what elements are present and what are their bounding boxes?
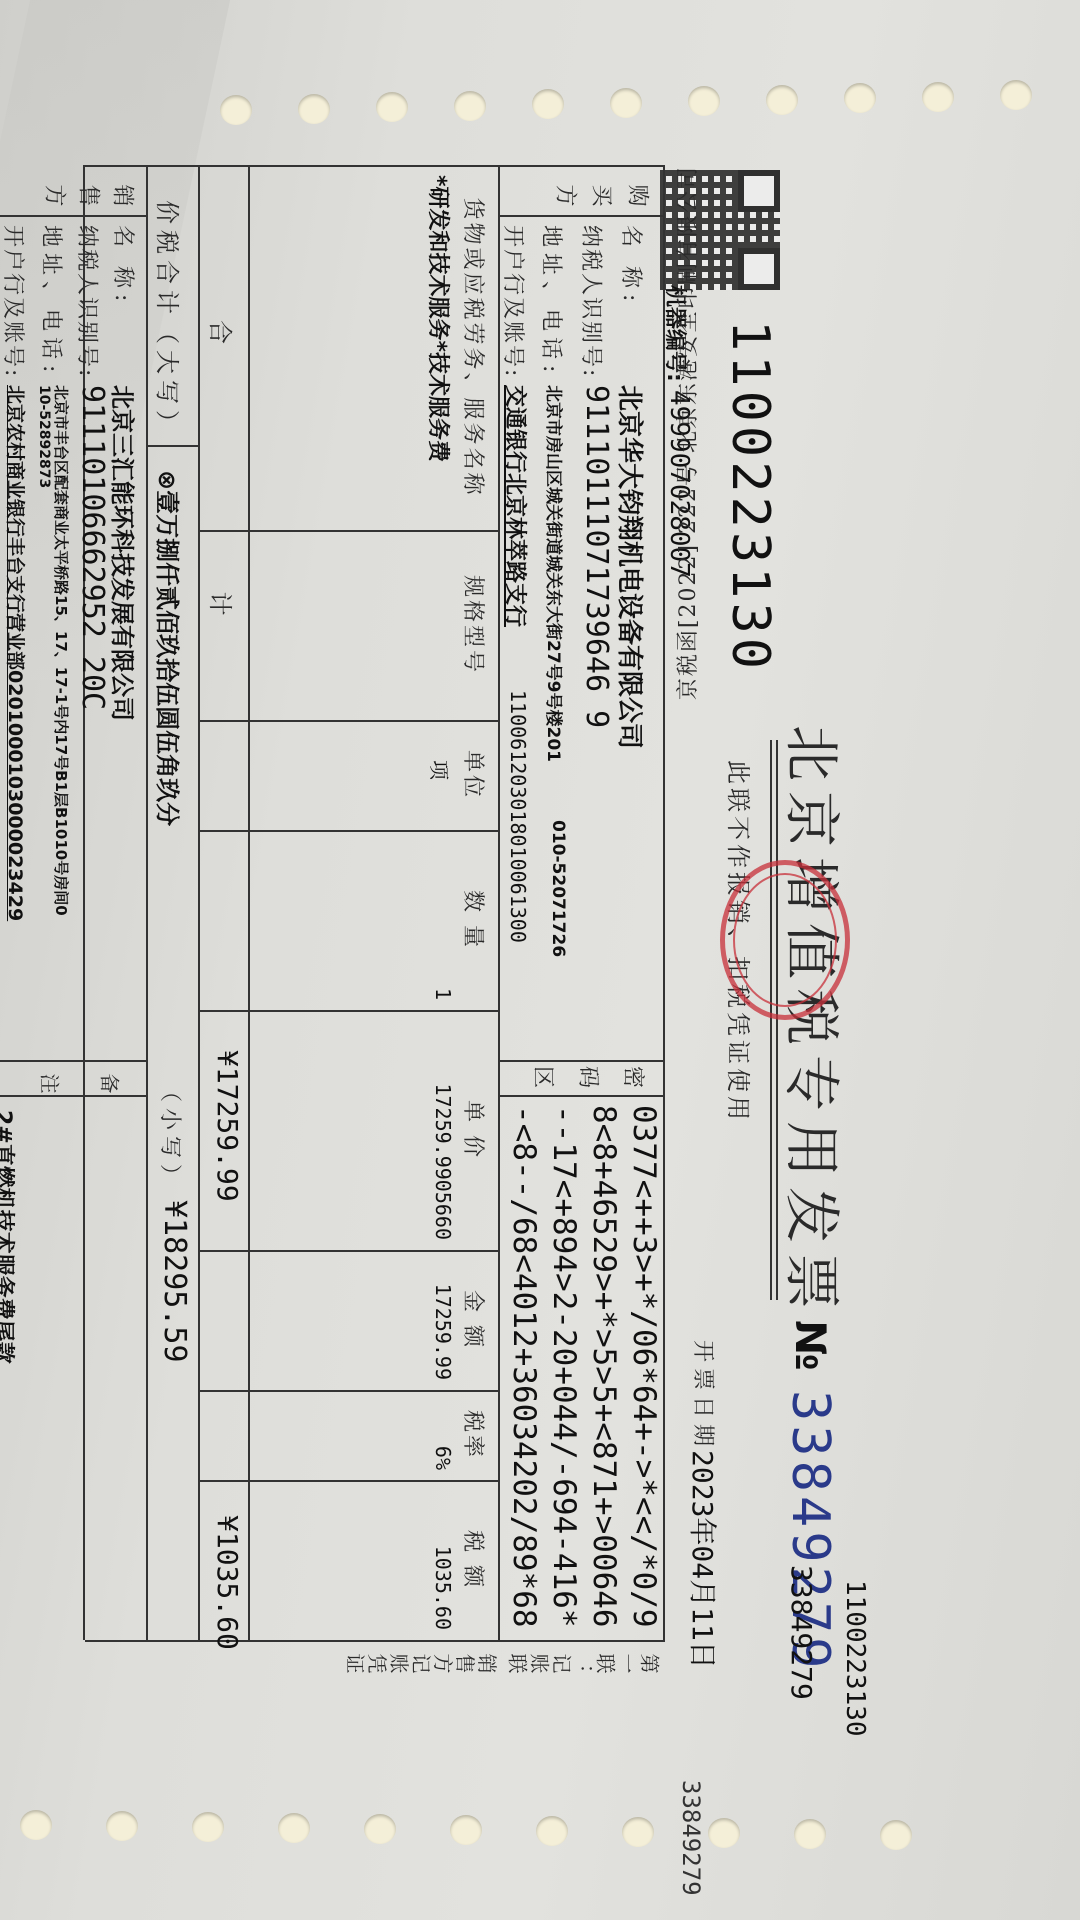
- title-underline-2: [770, 740, 772, 1300]
- buyer-bank-label: 开户行及账号:: [499, 225, 530, 378]
- column-header-5: 金 额: [459, 1250, 490, 1390]
- seller-name-label: 名 称:: [109, 225, 140, 307]
- column-divider: [200, 1250, 500, 1252]
- buyer-divider: [500, 215, 665, 217]
- buyer-phone: 010-52071726: [548, 820, 568, 957]
- buyer-tax-id-label: 纳税人识别号:: [577, 225, 608, 378]
- buyer-account: 110061203018010061300: [506, 690, 530, 943]
- remarks-text: 2#直燃机技术服务费尾款: [0, 1110, 20, 1364]
- seller-bank: 北京农村商业银行丰台支行营业部0201000103000023429: [3, 385, 30, 921]
- cipher-line: 0377<++3>+*/06*64+->*<</*0/9: [626, 1105, 662, 1628]
- seller-name: 北京三汇能环科技发展有限公司: [107, 385, 142, 721]
- frame-left: [85, 165, 665, 167]
- cipher-line: 8<8+46529>+*>5>5+<871+>00646: [586, 1105, 622, 1628]
- column-header-1: 规格型号: [459, 530, 490, 720]
- seller-phone: 10-52892873: [36, 385, 52, 488]
- buyer-name-label: 名 称:: [617, 225, 648, 307]
- item-cell-7: 1035.60: [431, 1480, 455, 1630]
- invoice-code-small: 1100223130: [840, 1580, 870, 1737]
- title-underline: [776, 740, 778, 1300]
- grand-total-top-line: [198, 165, 200, 1640]
- cipher-line: --17<+894>2-20+044/-694-416*: [546, 1105, 582, 1628]
- invoice-title: 北京增值税专用发票: [775, 725, 855, 1319]
- buyer-name: 北京华大钧翔机电设备有限公司: [613, 385, 650, 749]
- grand-total-small-label: （小写）: [156, 1080, 187, 1192]
- item-cell-2: 项: [426, 720, 455, 820]
- seller-divider: [0, 215, 148, 217]
- column-header-6: 税率: [459, 1390, 490, 1480]
- seller-tax-id-label: 纳税人识别号:: [73, 225, 104, 378]
- invoice-code: 1100223130: [720, 320, 780, 673]
- cipher-divider-1: [500, 1060, 665, 1062]
- invoice-number-small: 33849279: [785, 1565, 818, 1700]
- buyer-bottom-line: [498, 165, 500, 1640]
- seller-bank-label: 开户行及账号:: [0, 225, 30, 378]
- cipher-line: -<8--/68<4012+36034202/89*68: [506, 1105, 542, 1628]
- total-label: 合 计: [205, 320, 240, 736]
- total-amount: ¥17259.99: [211, 1050, 244, 1202]
- buyer-bank: 交通银行北京林萃路支行: [501, 385, 532, 627]
- date-value: 2023年04月11日: [684, 1450, 724, 1669]
- buyer-tax-id: 91110111071739646 9: [579, 385, 614, 728]
- item-cell-0: *研发和技术服务*技术服务费: [424, 165, 455, 530]
- margin-print-text: 京税函[2022] 222号 北京东港安全印刷有限公司: [671, 165, 702, 700]
- column-divider: [200, 720, 500, 722]
- no-prefix: №: [786, 1320, 835, 1371]
- item-cell-5: 17259.99: [431, 1250, 455, 1380]
- column-header-4: 单 价: [459, 1010, 490, 1250]
- seller-top-line: [146, 165, 148, 1640]
- grand-total-uppercase: ⊗壹万捌仟贰佰玖拾伍圆伍角玖分: [152, 470, 187, 826]
- column-divider: [200, 1010, 500, 1012]
- column-header-0: 货物或应税劳务、服务名称: [459, 165, 490, 530]
- cipher-divider-2: [500, 1095, 665, 1097]
- grand-total-label: 价税合计（大写）: [152, 200, 187, 440]
- date-label: 开票日期: [689, 1340, 720, 1452]
- buyer-side-label: 购买方: [542, 178, 650, 209]
- item-cell-4: 17259.9905660: [431, 1010, 455, 1240]
- cipher-label: 密: [619, 1066, 650, 1094]
- grand-total-small-value: ¥18295.59: [157, 1200, 192, 1363]
- column-header-3: 数 量: [459, 830, 490, 1010]
- grand-total-divider: [148, 445, 200, 447]
- remarks-divider-1: [0, 1060, 148, 1062]
- remarks-label: 备注: [0, 1068, 120, 1097]
- cipher-label: 码: [574, 1066, 605, 1094]
- items-bottom-line: [248, 165, 250, 1640]
- cipher-label: 区: [529, 1066, 560, 1094]
- printed-serial: 33849279: [677, 1780, 705, 1896]
- tax-bureau-stamp: [720, 860, 850, 1020]
- buyer-address-label: 地址、电话:: [537, 225, 568, 378]
- frame-top: [663, 165, 665, 1640]
- frame-right: [85, 1640, 665, 1642]
- copy-side-note: 第一联：记账联 销售方记账凭证: [100, 1648, 660, 1677]
- column-divider: [200, 530, 500, 532]
- seller-address-label: 地址、电话:: [37, 225, 68, 378]
- column-divider: [200, 830, 500, 832]
- column-divider: [200, 1480, 500, 1482]
- total-tax: ¥1035.60: [211, 1515, 244, 1650]
- seller-side-label: 销售方: [33, 178, 135, 209]
- seller-tax-id: 91110106662952 20C: [75, 385, 110, 710]
- item-cell-3: 1: [431, 830, 455, 1000]
- column-header-7: 税 额: [459, 1480, 490, 1640]
- column-divider: [200, 1390, 500, 1392]
- invoice-sheet: 1100223130 机器编号: 499907028007 北京增值税专用发票 …: [0, 0, 1080, 1920]
- seller-address: 北京市丰台区配套商业太平桥路15、17、17-1号内17号B1层B1010号房间…: [51, 385, 72, 916]
- item-cell-6: 6%: [431, 1390, 455, 1470]
- column-header-2: 单位: [459, 720, 490, 830]
- buyer-address: 北京市房山区城关街道城关东大街27号9号楼201: [543, 385, 568, 762]
